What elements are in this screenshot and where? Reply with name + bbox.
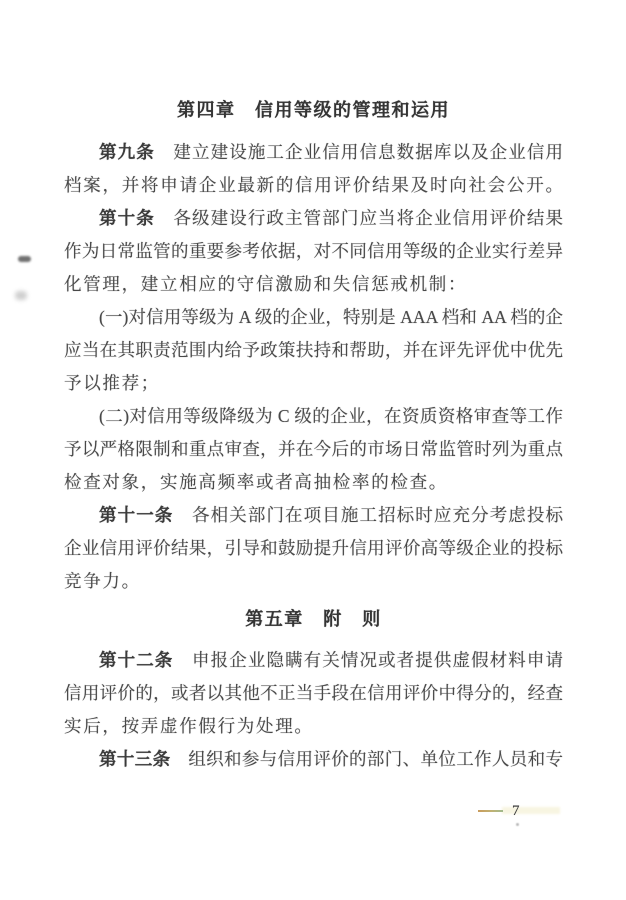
text-line: (二)对信用等级降级为 C 级的企业，在资质资格审查等工作中 xyxy=(64,400,563,433)
text-line: 档案，并将申请企业最新的信用评价结果及时向社会公开。 xyxy=(64,169,563,202)
article-11: 第十一条 各相关部门在项目施工招标时应充分考虑投标企业信用评价结果，引导和鼓励提… xyxy=(64,499,563,598)
text-line: 化管理，建立相应的守信激励和失信惩戒机制： xyxy=(64,268,563,301)
document-body: 第四章 信用等级的管理和运用第九条 建立建设施工企业信用信息数据库以及企业信用档… xyxy=(64,96,563,776)
text-line: 实后，按弄虚作假行为处理。 xyxy=(64,710,563,743)
margin-smudge-light xyxy=(15,291,27,300)
article-10-item-1: (一)对信用等级为 A 级的企业，特别是 AAA 档和 AA 档的企业，应当在其… xyxy=(64,301,563,400)
text-line: 检查对象，实施高频率或者高抽检率的检查。 xyxy=(64,466,563,499)
text-line: 第十条 各级建设行政主管部门应当将企业信用评价结果 xyxy=(64,202,563,235)
text-line: 作为日常监管的重要参考依据，对不同信用等级的企业实行差异 xyxy=(64,235,563,268)
article-10: 第十条 各级建设行政主管部门应当将企业信用评价结果作为日常监管的重要参考依据，对… xyxy=(64,202,563,301)
text-line: 予以严格限制和重点审查，并在今后的市场日常监管时列为重点 xyxy=(64,433,563,466)
page-number-dash xyxy=(478,810,503,812)
article-13: 第十三条 组织和参与信用评价的部门、单位工作人员和专 xyxy=(64,743,563,776)
article-10-item-2: (二)对信用等级降级为 C 级的企业，在资质资格审查等工作中予以严格限制和重点审… xyxy=(64,400,563,499)
chapter-5-heading: 第五章 附 则 xyxy=(64,605,563,633)
article-9: 第九条 建立建设施工企业信用信息数据库以及企业信用档案，并将申请企业最新的信用评… xyxy=(64,136,563,202)
scan-highlight-streak xyxy=(502,807,560,814)
article-number: 第九条 xyxy=(99,142,155,162)
text-line: 企业信用评价结果，引导和鼓励提升信用评价高等级企业的投标 xyxy=(64,532,563,565)
text-line: 竞争力。 xyxy=(64,565,563,598)
article-number: 第十条 xyxy=(99,208,155,228)
text-line: 第十二条 申报企业隐瞒有关情况或者提供虚假材料申请 xyxy=(64,644,563,677)
margin-smudge-dark xyxy=(18,256,31,262)
page-number-block: 7 xyxy=(478,799,568,825)
article-number: 第十三条 xyxy=(99,749,170,769)
text-line: 第十一条 各相关部门在项目施工招标时应充分考虑投标 xyxy=(64,499,563,532)
text-line: 予以推荐； xyxy=(64,367,563,400)
scan-speck xyxy=(516,823,519,826)
text-line: 第九条 建立建设施工企业信用信息数据库以及企业信用 xyxy=(64,136,563,169)
article-number: 第十一条 xyxy=(99,505,173,525)
page-number: 7 xyxy=(512,799,520,823)
text-line: 信用评价的，或者以其他不正当手段在信用评价中得分的，经查 xyxy=(64,677,563,710)
text-line: (一)对信用等级为 A 级的企业，特别是 AAA 档和 AA 档的企业， xyxy=(64,301,563,334)
chapter-4-heading: 第四章 信用等级的管理和运用 xyxy=(64,96,563,124)
scanned-document-page: 第四章 信用等级的管理和运用第九条 建立建设施工企业信用信息数据库以及企业信用档… xyxy=(0,0,626,900)
article-number: 第十二条 xyxy=(99,650,173,670)
article-12: 第十二条 申报企业隐瞒有关情况或者提供虚假材料申请信用评价的，或者以其他不正当手… xyxy=(64,644,563,743)
text-line: 应当在其职责范围内给予政策扶持和帮助，并在评先评优中优先 xyxy=(64,334,563,367)
text-line: 第十三条 组织和参与信用评价的部门、单位工作人员和专 xyxy=(64,743,563,776)
